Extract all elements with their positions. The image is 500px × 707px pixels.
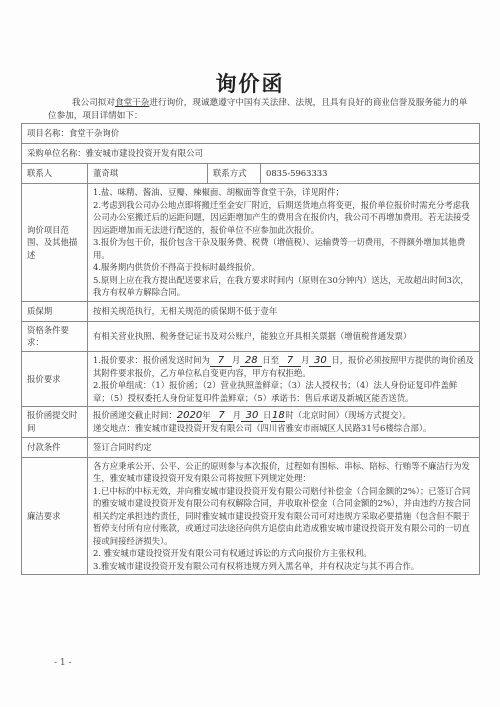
scope-item: 5.原则上应在我方提出配送要求后，在我方要求时间内（原则在30分钟内）送达，无故… (93, 274, 474, 299)
page-number: - 1 - (54, 658, 72, 668)
payment-label: 付款条件 (22, 437, 88, 457)
handwritten-hour: 18 (271, 410, 285, 422)
integrity-item: 3.雅安城市建设投资开发有限公司有权将违规方列入黑名单，并有权决定与其不再合作。 (93, 560, 474, 573)
integrity-label: 廉洁要求 (22, 457, 88, 575)
payment-value: 签订合同时约定 (88, 437, 480, 457)
row-warranty: 质保期 按相关规范执行，无相关规范的质保期不低于壹年 (22, 301, 480, 321)
quote-req-label: 报价要求 (22, 351, 88, 407)
submit-location: 递交地点：雅安城市建设投资开发有限公司（四川省雅安市雨城区人民路31号6楼综合部… (93, 422, 474, 435)
scope-label: 询价项目范围、及其他描述 (22, 184, 88, 302)
scope-content: 1.盐、味精、酱油、豆瓣、辣椒面、胡椒面等食堂干杂，详见附件； 2.考虑到我公司… (88, 184, 480, 302)
inquiry-table: 项目名称：食堂干杂询价 采购单位名称：雅安城市建设投资开发有限公司 联系人 董奇… (21, 123, 480, 575)
scope-item: 2.考虑到我公司办公地点即将搬迁至金安厂附近，后期送货地点将变更，报价单位报价时… (93, 199, 474, 237)
qualification-value: 有相关营业执照、税务登记证书及对公账户，能独立开具相关票据（增值税普通发票） (88, 321, 480, 351)
quote-req-prefix: 1.报价要求：报价函发送时间为 (93, 355, 210, 365)
document-title: 询价函 (0, 68, 500, 98)
handwritten-end-month: 7 (279, 355, 301, 367)
handwritten-month: 7 (211, 410, 233, 422)
month-char: 月 (301, 355, 309, 365)
project-name-cell: 项目名称：食堂干杂询价 (22, 124, 480, 144)
deadline-suffix: 时（北京时间）（现场方式提交）。 (285, 410, 411, 420)
row-project-name: 项目名称：食堂干杂询价 (22, 124, 480, 144)
scope-item: 1.盐、味精、酱油、豆瓣、辣椒面、胡椒面等食堂干杂，详见附件； (93, 186, 474, 199)
handwritten-day: 30 (241, 410, 263, 422)
scope-item: 4.服务期内供货价不得高于投标时最终报价。 (93, 261, 474, 274)
handwritten-end-day: 30 (309, 355, 331, 367)
purchaser-cell: 采购单位名称：雅安城市建设投资开发有限公司 (22, 144, 480, 164)
month-char: 月 (232, 355, 240, 365)
integrity-item: 1.已中标的中标无效，并向雅安城市建设投资开发有限公司赔付补偿金（合同金额的2%… (93, 485, 474, 548)
intro-item-underlined: 食堂干杂 (115, 98, 149, 108)
qualification-label: 资格条件要求： (22, 321, 88, 351)
warranty-value: 按相关规范执行，无相关规范的质保期不低于壹年 (88, 301, 480, 321)
intro-before: 我公司拟对 (72, 98, 115, 108)
submit-label: 报价函提交时间 (22, 407, 88, 438)
row-quote-requirements: 报价要求 1.报价要求：报价函发送时间为7月28日至7月30日，报价必须按照甲方… (22, 351, 480, 407)
day-char: 日 (331, 355, 339, 365)
submit-content: 报价函递交截止时间：2020年7月30日18时（北京时间）（现场方式提交）。 递… (88, 407, 480, 438)
contact-method-value: 0835-5963333 (261, 164, 480, 184)
contact-person-value: 董奇琪 (88, 164, 208, 184)
row-qualification: 资格条件要求： 有相关营业执照、税务登记证书及对公账户，能独立开具相关票据（增值… (22, 321, 480, 351)
contact-person-label: 联系人 (22, 164, 88, 184)
quote-req-line2: 2.报价单组成：（1）报价函；（2）营业执照盖鲜章；（3）法人授权书；（4）法人… (93, 379, 474, 404)
row-contact: 联系人 董奇琪 联系方式 0835-5963333 (22, 164, 480, 184)
quote-req-line1: 1.报价要求：报价函发送时间为7月28日至7月30日，报价必须按照甲方提供的询价… (93, 354, 474, 380)
warranty-label: 质保期 (22, 301, 88, 321)
deadline-prefix: 报价函递交截止时间： (93, 410, 177, 420)
month-char: 月 (233, 410, 241, 420)
quote-req-content: 1.报价要求：报价函发送时间为7月28日至7月30日，报价必须按照甲方提供的询价… (88, 351, 480, 407)
row-purchaser: 采购单位名称：雅安城市建设投资开发有限公司 (22, 144, 480, 164)
year-char: 年 (202, 410, 210, 420)
submit-deadline: 报价函递交截止时间：2020年7月30日18时（北京时间）（现场方式提交）。 (93, 409, 474, 422)
row-scope: 询价项目范围、及其他描述 1.盐、味精、酱油、豆瓣、辣椒面、胡椒面等食堂干杂，详… (22, 184, 480, 302)
handwritten-year: 2020 (177, 410, 202, 422)
row-submission: 报价函提交时间 报价函递交截止时间：2020年7月30日18时（北京时间）（现场… (22, 407, 480, 438)
row-payment: 付款条件 签订合同时约定 (22, 437, 480, 457)
contact-method-label: 联系方式 (208, 164, 261, 184)
row-integrity: 廉洁要求 各方应秉承公开、公平、公正的原则参与本次报价，过程如有围标、串标、陪标… (22, 457, 480, 575)
handwritten-start-month: 7 (210, 355, 232, 367)
scope-item: 3.报价为包干价，报价包含干杂及服务费、税费（增值税）、运输费等一切费用，不得额… (93, 236, 474, 261)
day-char: 日 (263, 410, 271, 420)
handwritten-start-day: 28 (240, 355, 262, 367)
document-page: 询价函 我公司拟对食堂干杂进行询价，现诚邀遵守中国有关法律、法规，且具有良好的商… (0, 0, 500, 707)
integrity-item: 2. 雅安城市建设投资开发有限公司有权通过诉讼的方式向报价方主张权利。 (93, 547, 474, 560)
intro-paragraph: 我公司拟对食堂干杂进行询价，现诚邀遵守中国有关法律、法规，且具有良好的商业信誉及… (48, 97, 468, 123)
integrity-item: 各方应秉承公开、公平、公正的原则参与本次报价，过程如有围标、串标、陪标、行贿等不… (93, 460, 474, 485)
day-to-char: 日至 (262, 355, 279, 365)
integrity-content: 各方应秉承公开、公平、公正的原则参与本次报价，过程如有围标、串标、陪标、行贿等不… (88, 457, 480, 575)
